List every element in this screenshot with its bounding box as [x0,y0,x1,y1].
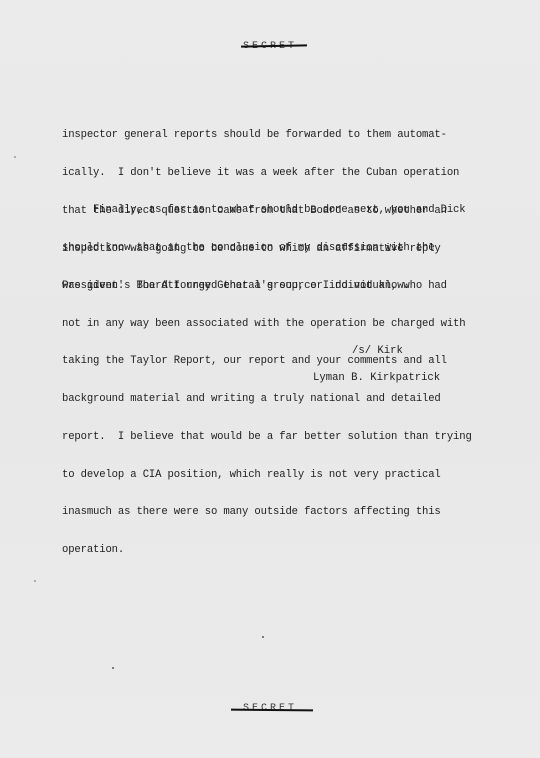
scan-speck [262,636,264,638]
text-line: not in any way been associated with the … [62,318,512,331]
signature-short: /s/ Kirk [352,345,403,357]
text-line: inspector general reports should be forw… [62,129,512,142]
scan-speck [112,667,114,669]
text-line: taking the Taylor Report, our report and… [62,355,512,368]
text-line: inasmuch as there were so many outside f… [62,506,512,519]
classification-footer: SECRET [0,703,540,714]
scan-speck [14,156,16,158]
text-line: Finally, as far as to what should be don… [62,204,512,217]
signature-full-name: Lyman B. Kirkpatrick [313,372,440,384]
text-line: background material and writing a truly … [62,393,512,406]
text-line: ically. I don't believe it was a week af… [62,167,512,180]
document-page: SECRET inspector general reports should … [0,0,540,758]
text-line: should know that at the conclusion of my… [62,242,512,255]
scan-speck [34,580,36,582]
text-line: to develop a CIA position, which really … [62,469,512,482]
classification-marking-bottom: SECRET [241,703,299,714]
text-line: operation. [62,544,512,557]
classification-marking-top: SECRET [241,41,299,52]
text-line: report. I believe that would be a far be… [62,431,512,444]
text-line: President's Board I urged that a group, … [62,280,512,293]
paragraph-2: Finally, as far as to what should be don… [62,179,512,582]
classification-header: SECRET [0,41,540,52]
